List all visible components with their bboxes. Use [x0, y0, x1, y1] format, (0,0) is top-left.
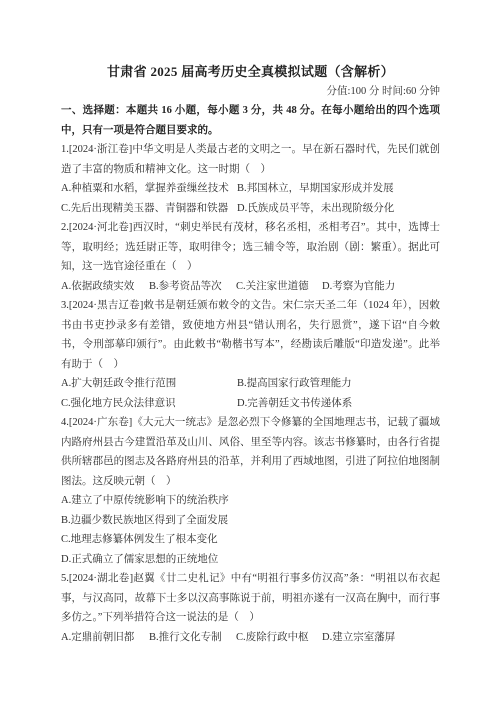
- question-1: 1.[2024·浙江卷]中华文明是人类最古老的文明之一。早在新石器时代，先民们就…: [61, 140, 440, 218]
- question-stem: 1.[2024·浙江卷]中华文明是人类最古老的文明之一。早在新石器时代，先民们就…: [61, 140, 440, 179]
- question-4: 4.[2024·广东卷]《大元大一统志》是忽必烈下令修纂的全国地理志书，记载了疆…: [61, 413, 440, 569]
- score-time-line: 分值:100 分 时间:60 分钟: [61, 82, 440, 102]
- option: C.地理志修纂体例发生了根本变化: [61, 530, 440, 550]
- option: C.强化地方民众法律意识: [61, 394, 237, 414]
- option: C.先后出现精美玉器、青铜器和铁器: [61, 199, 237, 219]
- option: B.边疆少数民族地区得到了全面发展: [61, 511, 440, 531]
- option: D.正式确立了儒家思想的正统地位: [61, 550, 440, 570]
- question-stem: 2.[2024·河北卷]西汉时，“刺史举民有茂材，移名丞相，丞相考召”。其中，选…: [61, 218, 440, 277]
- option: A.依据政绩实效: [61, 277, 149, 297]
- exam-title: 甘肃省 2025 届高考历史全真模拟试题（含解析）: [61, 62, 440, 82]
- question-options: A.种植粟和水稻，掌握养蚕缫丝技术 B.邦国林立，早期国家形成并发展 C.先后出…: [61, 179, 440, 218]
- option: B.参考资品等次: [149, 277, 236, 297]
- question-5: 5.[2024·湖北卷]赵翼《廿二史札记》中有“明祖行事多仿汉高”条：“明祖以布…: [61, 569, 440, 647]
- question-2: 2.[2024·河北卷]西汉时，“刺史举民有茂材，移名丞相，丞相考召”。其中，选…: [61, 218, 440, 296]
- option: B.邦国林立，早期国家形成并发展: [237, 179, 440, 199]
- option: D.完善朝廷文书传递体系: [237, 394, 440, 414]
- section-heading: 一、选择题：本题共 16 小题，每小题 3 分，共 48 分。在每小题给出的四个…: [61, 101, 440, 140]
- question-stem: 5.[2024·湖北卷]赵翼《廿二史札记》中有“明祖行事多仿汉高”条：“明祖以布…: [61, 569, 440, 628]
- question-stem: 4.[2024·广东卷]《大元大一统志》是忽必烈下令修纂的全国地理志书，记载了疆…: [61, 413, 440, 491]
- question-options: A.定鼎前朝旧都 B.推行文化专制 C.废除行政中枢 D.建立宗室藩屏: [61, 628, 440, 648]
- question-options: A.扩大朝廷政令推行范围 B.提高国家行政管理能力 C.强化地方民众法律意识 D…: [61, 374, 440, 413]
- question-3: 3.[2024·黑吉辽卷]敕书是朝廷颁布敕令的文告。宋仁宗天圣二年（1024 年…: [61, 296, 440, 413]
- question-options: A.建立了中原传统影响下的统治秩序 B.边疆少数民族地区得到了全面发展 C.地理…: [61, 491, 440, 569]
- option: A.建立了中原传统影响下的统治秩序: [61, 491, 440, 511]
- exam-page: 甘肃省 2025 届高考历史全真模拟试题（含解析） 分值:100 分 时间:60…: [0, 0, 500, 707]
- option: B.提高国家行政管理能力: [237, 374, 440, 394]
- option: D.氏族成员平等，未出现阶级分化: [237, 199, 440, 219]
- option: C.废除行政中枢: [236, 628, 322, 648]
- option: B.推行文化专制: [149, 628, 236, 648]
- option: C.关注家世道德: [236, 277, 322, 297]
- question-stem: 3.[2024·黑吉辽卷]敕书是朝廷颁布敕令的文告。宋仁宗天圣二年（1024 年…: [61, 296, 440, 374]
- option: A.种植粟和水稻，掌握养蚕缫丝技术: [61, 179, 237, 199]
- option: D.建立宗室藩屏: [322, 628, 440, 648]
- option: A.定鼎前朝旧都: [61, 628, 149, 648]
- question-options: A.依据政绩实效 B.参考资品等次 C.关注家世道德 D.考察为官能力: [61, 277, 440, 297]
- option: A.扩大朝廷政令推行范围: [61, 374, 237, 394]
- option: D.考察为官能力: [322, 277, 440, 297]
